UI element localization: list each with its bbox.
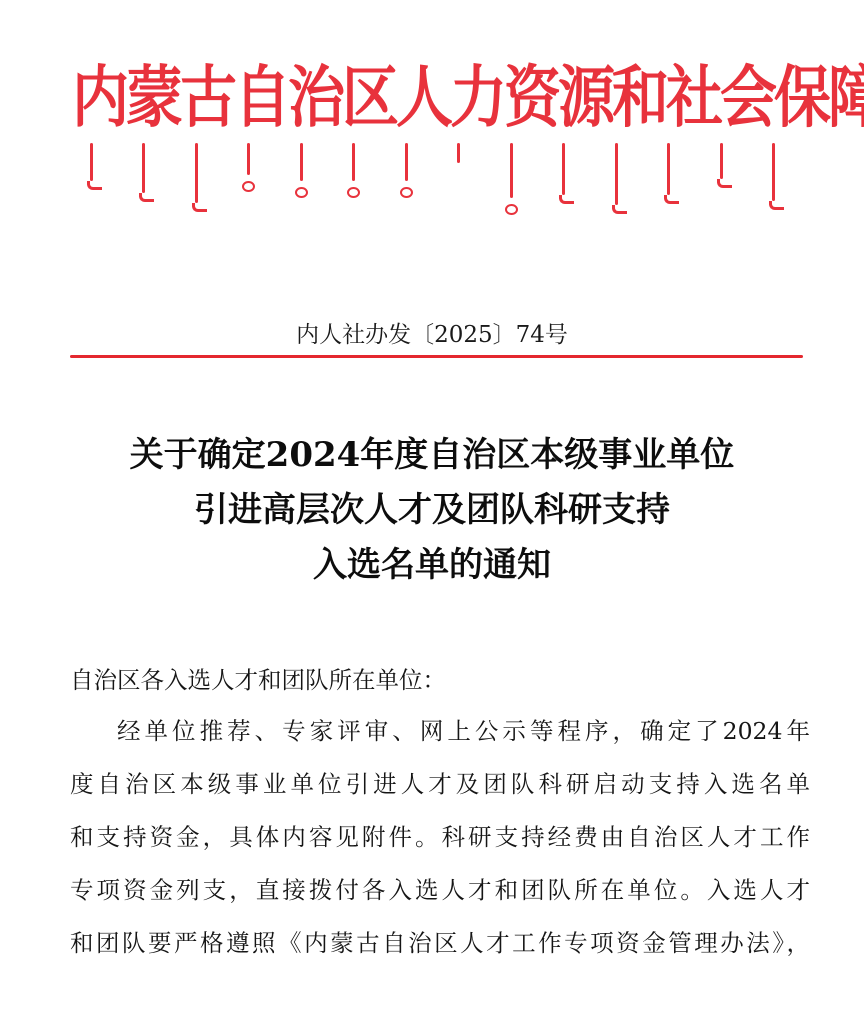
mongolian-word bbox=[553, 143, 575, 204]
mongolian-word bbox=[605, 143, 627, 214]
mongolian-word bbox=[238, 143, 260, 192]
mongolian-word bbox=[395, 143, 417, 198]
title-line: 入选名单的通知 bbox=[60, 538, 804, 593]
mongolian-word bbox=[500, 143, 522, 215]
document-number: 内人社办发〔2025〕74号 bbox=[0, 318, 864, 352]
mongolian-letterhead bbox=[80, 143, 785, 228]
document-page: 内蒙古自治区人力资源和社会保障厅文件 内人社办发〔2025〕74号 关于确定20… bbox=[0, 0, 864, 1021]
mongolian-word bbox=[343, 143, 365, 198]
body-line: 和支持资金，具体内容见附件。科研支持经费由自治区人才工作 bbox=[70, 820, 810, 873]
mongolian-word bbox=[763, 143, 785, 210]
agency-letterhead-title: 内蒙古自治区人力资源和社会保障厅文件 bbox=[72, 51, 792, 145]
mongolian-word bbox=[80, 143, 102, 190]
body-paragraph: 经单位推荐、专家评审、网上公示等程序，确定了2024年 度自治区本级事业单位引进… bbox=[70, 714, 810, 979]
body-line: 和团队要严格遵照《内蒙古自治区人才工作专项资金管理办法》， bbox=[70, 926, 810, 979]
title-line: 引进高层次人才及团队科研支持 bbox=[60, 483, 804, 538]
mongolian-word bbox=[710, 143, 732, 188]
body-line: 专项资金列支，直接拨付各入选人才和团队所在单位。入选人才 bbox=[70, 873, 810, 926]
mongolian-word bbox=[133, 143, 155, 202]
salutation: 自治区各入选人才和团队所在单位： bbox=[70, 663, 446, 697]
body-line: 度自治区本级事业单位引进人才及团队科研启动支持入选名单 bbox=[70, 767, 810, 820]
red-divider-line bbox=[70, 355, 803, 358]
mongolian-word bbox=[185, 143, 207, 212]
mongolian-word bbox=[290, 143, 312, 198]
body-line: 经单位推荐、专家评审、网上公示等程序，确定了2024年 bbox=[70, 714, 810, 767]
mongolian-word bbox=[658, 143, 680, 204]
title-line: 关于确定2024年度自治区本级事业单位 bbox=[60, 428, 804, 483]
mongolian-word bbox=[448, 143, 470, 163]
document-title: 关于确定2024年度自治区本级事业单位 引进高层次人才及团队科研支持 入选名单的… bbox=[60, 428, 804, 593]
